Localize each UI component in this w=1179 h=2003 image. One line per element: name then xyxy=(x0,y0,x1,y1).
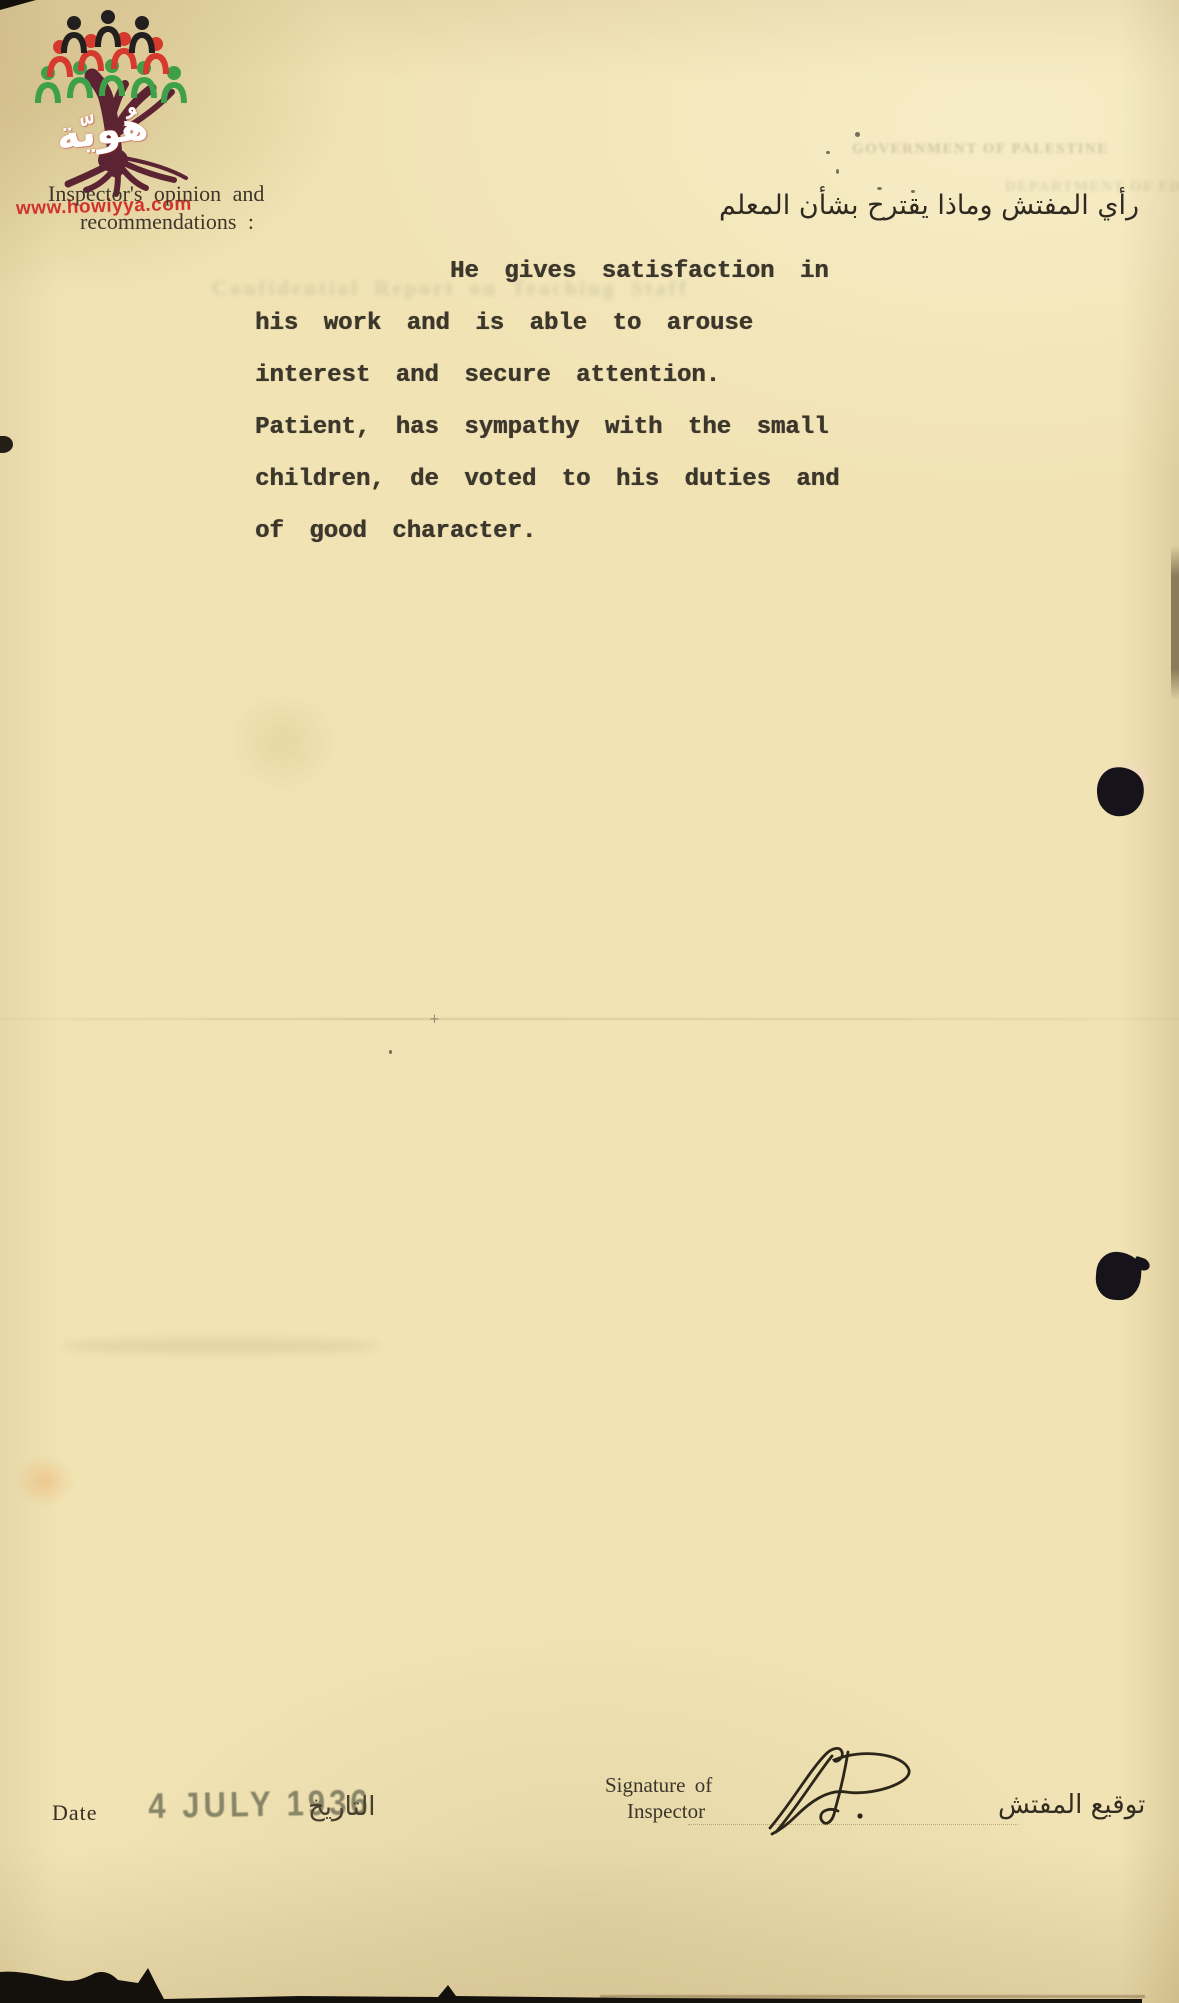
signature-label-arabic: توقيع المفتش xyxy=(998,1790,1145,1820)
tree-of-people-icon xyxy=(28,2,194,198)
remarks-line: of good character. xyxy=(255,506,955,558)
inspector-opinion-heading-line1: Inspector's opinion and xyxy=(48,180,264,208)
typewritten-remarks: He gives satisfaction in his work and is… xyxy=(255,246,955,558)
inspector-opinion-heading-line2: recommendations : xyxy=(48,208,264,236)
left-edge-ink-mark xyxy=(0,436,13,453)
inspector-opinion-heading-arabic: رأي المفتش وماذا يقترح بشأن المعلم xyxy=(719,190,1139,221)
ink-speck xyxy=(855,132,860,137)
inspector-signature xyxy=(752,1732,922,1842)
remarks-line: He gives satisfaction in xyxy=(255,246,955,298)
ink-speck xyxy=(836,169,839,174)
remarks-line: Patient, has sympathy with the small xyxy=(255,402,955,454)
faint-stain xyxy=(228,692,338,792)
black-figures-row xyxy=(61,10,155,53)
remarks-line: his work and is able to arouse xyxy=(255,298,955,350)
right-edge-shadow xyxy=(1171,545,1179,700)
remarks-line: interest and secure attention. xyxy=(255,350,955,402)
howiyya-tree-logo: هُويّة xyxy=(28,2,194,198)
faint-smudge xyxy=(60,1338,380,1354)
inspector-opinion-heading: Inspector's opinion and recommendations … xyxy=(48,180,264,236)
date-label-arabic: التاريخ xyxy=(308,1792,376,1822)
ink-speck xyxy=(877,187,882,190)
scan-edge-bottom xyxy=(0,1958,1179,2003)
orange-stain xyxy=(16,1456,74,1506)
fold-crease xyxy=(0,1018,1179,1020)
ink-speck xyxy=(389,1050,392,1054)
remarks-line: children, de voted to his duties and xyxy=(255,454,955,506)
scanned-document-page: GOVERNMENT OF PALESTINE DEPARTMENT OF ED… xyxy=(0,0,1179,2003)
ink-speck xyxy=(826,151,830,154)
date-label: Date xyxy=(52,1800,98,1826)
bleedthrough-line-1: GOVERNMENT OF PALESTINE xyxy=(852,141,1109,158)
ink-speck xyxy=(911,190,915,193)
signature-label-line1: Signature of xyxy=(605,1772,712,1798)
